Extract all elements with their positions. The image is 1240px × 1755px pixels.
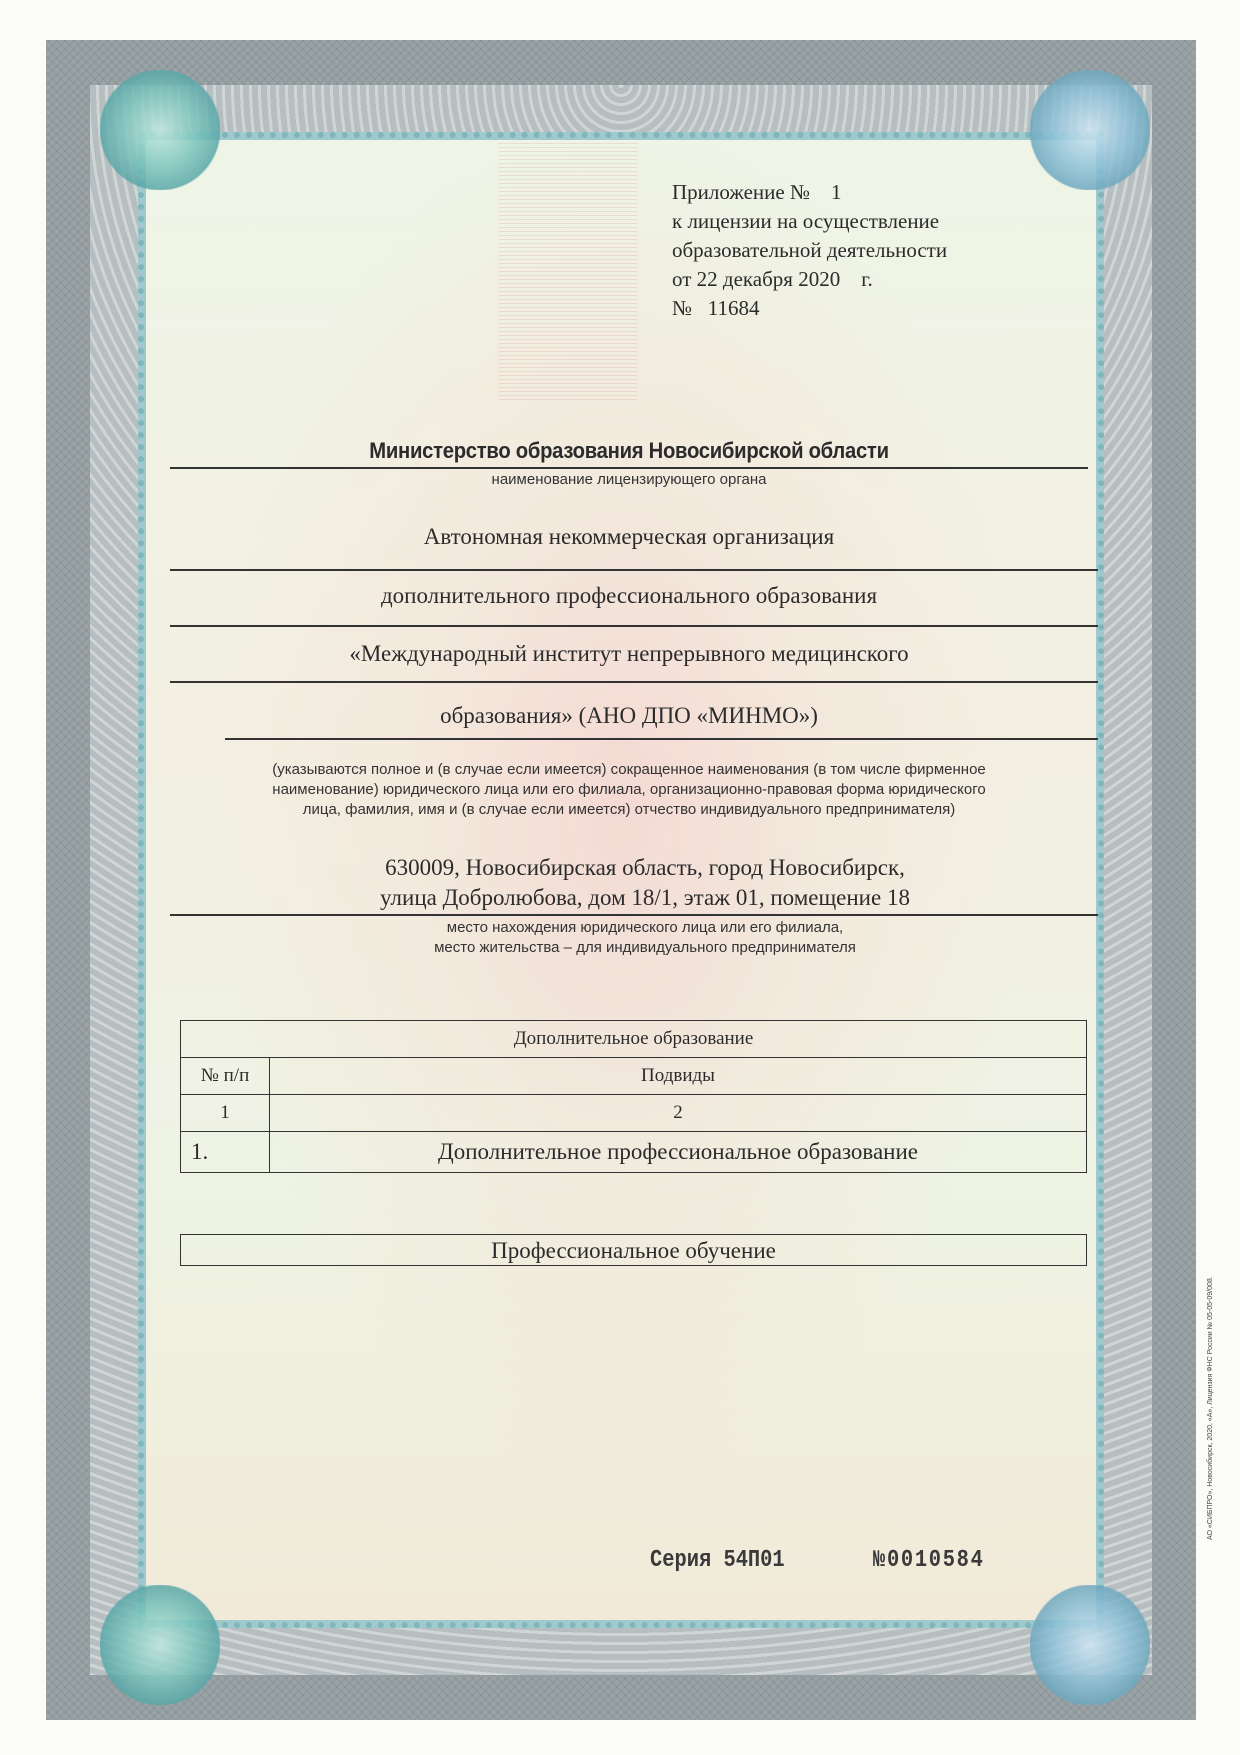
annex-title: Приложение № 1 (672, 178, 947, 207)
licensee-caption: (указываются полное и (в случае если име… (170, 760, 1088, 820)
caption-line: наименование) юридического лица или его … (170, 780, 1088, 800)
column-index: 1 (181, 1095, 270, 1132)
caption-line: место нахождения юридического лица или е… (270, 918, 1020, 938)
address-line: 630009, Новосибирская область, город Нов… (270, 853, 1020, 883)
licensing-body-name: Министерство образования Новосибирской о… (207, 438, 1052, 464)
licensee-name-line: Автономная некоммерческая организация (170, 524, 1088, 550)
ornament-corner-icon (100, 70, 220, 190)
underline (170, 467, 1088, 469)
licensee-name-line: дополнительного профессионального образо… (170, 583, 1088, 609)
table-title: Дополнительное образование (181, 1021, 1087, 1058)
underline (170, 914, 1098, 916)
address-line: улица Добролюбова, дом 18/1, этаж 01, по… (270, 883, 1020, 913)
address: 630009, Новосибирская область, город Нов… (270, 853, 1020, 913)
licensee-name-line: «Международный институт непрерывного мед… (170, 641, 1088, 667)
row-number: 1. (181, 1132, 270, 1173)
licensing-body-caption: наименование лицензирующего органа (170, 470, 1088, 490)
address-caption: место нахождения юридического лица или е… (270, 918, 1020, 958)
printer-imprint: АО «СИБПРО», Новосибирск, 2020, «А», Лиц… (1207, 1240, 1214, 1540)
annex-date: от 22 декабря 2020 г. (672, 265, 947, 294)
annex-line: образовательной деятельности (672, 236, 947, 265)
caption-line: (указываются полное и (в случае если име… (170, 760, 1088, 780)
underline (170, 625, 1098, 627)
caption-line: место жительства – для индивидуального п… (270, 938, 1020, 958)
annex-license-number: № 11684 (672, 294, 947, 323)
form-series: Серия 54П01 (650, 1547, 785, 1574)
annex-header: Приложение № 1 к лицензии на осуществлен… (672, 178, 947, 323)
ornament-corner-icon (100, 1585, 220, 1705)
professional-training-box: Профессиональное обучение (180, 1234, 1087, 1266)
education-types-table: Дополнительное образование № п/п Подвиды… (180, 1020, 1087, 1173)
row-subtype: Дополнительное профессиональное образова… (270, 1132, 1087, 1173)
underline (170, 569, 1098, 571)
column-header-number: № п/п (181, 1058, 270, 1095)
ornament-corner-icon (1030, 70, 1150, 190)
underline (170, 681, 1098, 683)
table-row: 1. Дополнительное профессиональное образ… (181, 1132, 1087, 1173)
caption-line: лица, фамилия, имя и (в случае если имее… (170, 800, 1088, 820)
form-number: №0010584 (873, 1547, 985, 1574)
annex-line: к лицензии на осуществление (672, 207, 947, 236)
column-header-subtypes: Подвиды (270, 1058, 1087, 1095)
ornament-corner-icon (1030, 1585, 1150, 1705)
underline (225, 738, 1098, 740)
column-index: 2 (270, 1095, 1087, 1132)
licensee-name-line: образования» (АНО ДПО «МИНМО») (170, 703, 1088, 729)
